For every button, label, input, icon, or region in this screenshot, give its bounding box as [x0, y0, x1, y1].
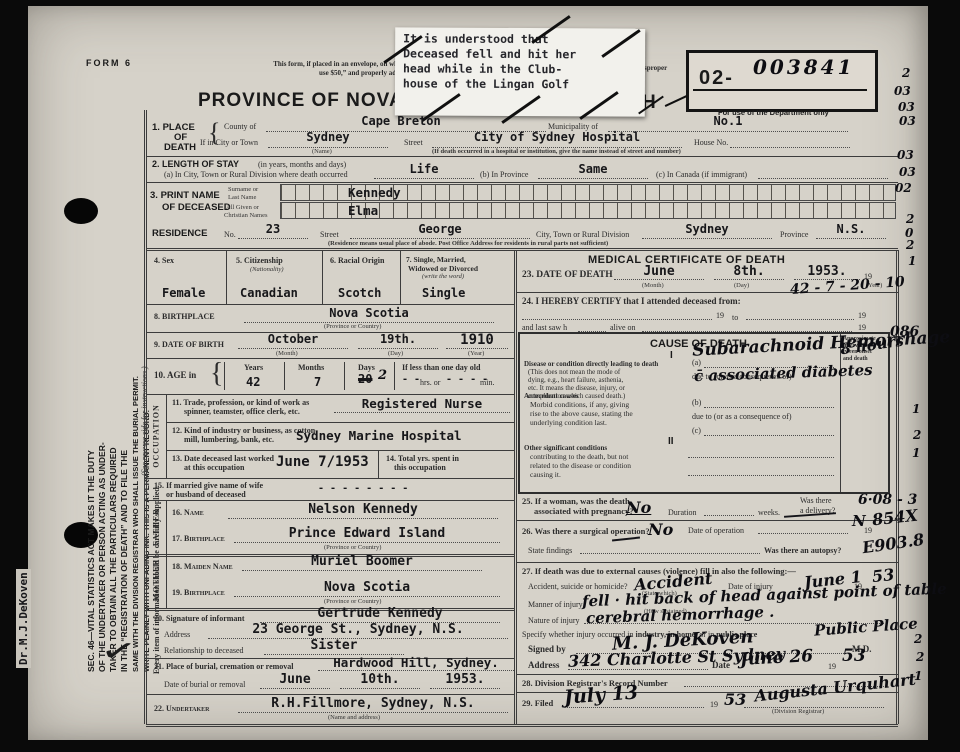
age-min-label: min.	[480, 378, 494, 387]
brace: {	[210, 358, 223, 390]
aliveon-label: alive on	[610, 323, 636, 332]
racial-origin-value: Scotch	[338, 286, 381, 300]
citizenship-sub: (Nationality)	[250, 266, 284, 273]
burial-place-value: Hardwood Hill, Sydney.	[318, 655, 514, 671]
md-19: 19	[828, 662, 836, 671]
margin-number: 2	[913, 428, 921, 442]
cause-b-label: (b)	[692, 398, 701, 407]
s2-paren: (in years, months and days)	[258, 160, 346, 169]
occupation-side-label: OCCUPATION	[152, 404, 161, 467]
cell-rule	[322, 250, 323, 304]
dod-month: June	[614, 264, 704, 280]
informant-address-label: Address	[164, 630, 190, 639]
notice-line: SEC. 46—VITAL STATISTICS ACT MAKES IT TH…	[86, 357, 97, 672]
age-years-value: 42	[246, 375, 260, 389]
margin-number: 1	[912, 402, 920, 416]
margin-code-854x: 854X	[871, 506, 919, 530]
dotted	[688, 474, 834, 476]
age-less-label: If less than one day old	[402, 363, 480, 372]
dotted	[522, 318, 712, 320]
trade-value: Registered Nurse	[334, 396, 510, 413]
given-label: All Given or	[226, 204, 259, 211]
undertaker-label: 22. Undertaker	[154, 704, 209, 713]
dotted	[758, 532, 848, 534]
mother-birthplace-sub: (Province or Country)	[324, 598, 381, 605]
dob-month: October	[238, 332, 348, 349]
spouse-value: - - - - - - - -	[318, 483, 408, 494]
margin-number: 1	[912, 446, 920, 460]
margin-number: 2	[914, 632, 922, 646]
father-birthplace-value: Prince Edward Island	[234, 526, 500, 543]
s2c-label: (c) In Canada (if immigrant)	[656, 170, 747, 179]
cell-rule	[344, 362, 345, 390]
mother-birthplace-value: Nova Scotia	[234, 580, 500, 597]
spouse-label1: 15. If married give name of wife	[154, 481, 263, 490]
rule	[146, 478, 514, 479]
s2c-field	[758, 177, 888, 179]
md-date-value: June 26	[740, 646, 814, 670]
rule	[166, 422, 514, 423]
filed-19: 19	[710, 700, 718, 709]
lastworked-label2: at this occupation	[184, 463, 244, 472]
dotted	[704, 514, 754, 516]
res-street-label: Street	[320, 230, 339, 239]
s2a-field: Life	[374, 162, 474, 179]
age-years-label: Years	[244, 363, 263, 372]
cell-rule	[224, 362, 225, 390]
notice-line: IN THE “REGISTRATION OF DEATH” AND TO FI…	[119, 357, 130, 672]
rule	[516, 562, 898, 563]
burial-place-label: 21. Place of burial, cremation or remova…	[154, 662, 294, 671]
margin-number: 03	[899, 165, 916, 179]
dotted	[704, 434, 834, 436]
dotted	[746, 318, 854, 320]
certificate-paper: FORM 6 SEC. 46—VITAL STATISTICS ACT MAKE…	[28, 6, 928, 740]
age-days-struck: 20	[358, 372, 372, 386]
signed-by-label: Signed by	[528, 644, 566, 654]
cell-rule	[226, 250, 227, 304]
street-label: Street	[404, 138, 423, 147]
dob-year-sub: (Year)	[468, 350, 484, 357]
certify-19c: 19	[858, 323, 866, 332]
nature-label: Nature of injury	[528, 616, 580, 625]
column-divider	[514, 250, 517, 724]
racial-origin-label: 6. Racial Origin	[330, 256, 384, 265]
dob-year: 1910	[446, 332, 508, 349]
md-date-label: Date	[712, 660, 730, 670]
lastworked-value: June 7/1953	[276, 454, 369, 470]
res-no-label: No.	[224, 230, 236, 239]
margin-number: 2	[902, 66, 910, 80]
cell-rule	[378, 450, 379, 478]
s2a-label: (a) In City, Town or Rural Division wher…	[164, 170, 348, 179]
antecedent-label: Antecedent causes	[524, 392, 579, 400]
scanned-death-certificate-photo: FORM 6 SEC. 46—VITAL STATISTICS ACT MAKE…	[0, 0, 960, 752]
cause-c-label: (c)	[692, 426, 701, 435]
surname-value: Kennedy	[348, 185, 401, 200]
sex-label: 4. Sex	[154, 256, 174, 265]
pen-tick	[665, 95, 688, 107]
citizenship-label: 5. Citizenship	[236, 256, 283, 265]
name-sub: (Name)	[312, 148, 332, 155]
rule	[146, 394, 514, 395]
age-months-value: 7	[314, 375, 321, 389]
given-value: Elma	[348, 203, 378, 218]
md-address-label: Address	[528, 660, 559, 670]
res-no-field: 23	[238, 222, 308, 239]
dob-day-sub: (Day)	[388, 350, 403, 357]
cell-rule	[166, 394, 167, 478]
rule	[146, 156, 898, 157]
cell-rule	[394, 362, 395, 390]
burial-month: June	[260, 672, 330, 689]
margin-number: 1	[908, 254, 916, 268]
margin-number: 03	[899, 114, 916, 128]
antecedent-sublabel: Morbid conditions, if any, giving rise t…	[530, 400, 633, 427]
house-no-label: House No.	[694, 138, 728, 147]
rule	[146, 304, 514, 305]
mother-name-value: Muriel Boomer	[242, 554, 482, 571]
margin-number: 03	[898, 100, 915, 114]
dod-day-sub: (Day)	[734, 282, 749, 289]
pregnancy-label1: 25. If a woman, was the death	[522, 496, 630, 506]
punch-hole-top	[64, 198, 98, 224]
certify-19a: 19	[716, 311, 724, 320]
autopsy-label: Was there an autopsy?	[764, 546, 841, 555]
age-days-label: Days	[358, 363, 375, 372]
burial-year: 1953.	[430, 672, 500, 689]
other-sublabel: contributing to the death, but not relat…	[530, 452, 631, 479]
weeks-label: weeks.	[758, 508, 780, 517]
rule	[146, 182, 898, 183]
s3-title2: OF DECEASED	[162, 202, 231, 213]
cell-rule	[166, 554, 167, 608]
trade-label2: spinner, teamster, office clerk, etc.	[184, 407, 300, 416]
margin-number: 2	[906, 212, 914, 226]
s2b-label: (b) In Province	[480, 170, 528, 179]
cause-due2-label: due to (or as a consequence of)	[692, 412, 792, 421]
specify-value: Public Place	[813, 614, 918, 639]
right-rule	[896, 250, 899, 724]
undertaker-value: R.H.Fillmore, Sydney, N.S.	[238, 696, 508, 713]
dept-prefix: 02-	[699, 67, 734, 90]
county-label: County of	[224, 122, 256, 131]
roman-II: II	[668, 436, 674, 447]
father-birthplace-label: 17. Birthplace	[172, 534, 225, 543]
margin-number: 02	[895, 181, 912, 195]
marital-value: Single	[422, 286, 465, 300]
filed-year-value: 53	[724, 690, 746, 709]
age-hrs-label: hrs. or	[420, 378, 440, 387]
dod-day: 8th.	[714, 264, 784, 280]
envelope-note: This form, if placed in an envelope, on …	[210, 60, 400, 78]
surname-label: Surname or	[228, 186, 258, 193]
certify-19b: 19	[858, 311, 866, 320]
mother-side-label: MOTHER	[152, 559, 161, 601]
rule	[146, 694, 514, 695]
rule	[516, 674, 898, 675]
disease-label: Disease or condition directly leading to…	[524, 360, 658, 368]
hand-stroke	[784, 512, 836, 518]
father-birthplace-sub: (Province or Country)	[324, 544, 381, 551]
other-label: Other significant conditions	[524, 444, 607, 452]
certify-label: 24. I HEREBY CERTIFY that I attended dec…	[522, 296, 741, 306]
birthplace-sub: (Province or Country)	[324, 323, 381, 330]
lastsaw-label: and last saw h	[522, 323, 567, 332]
dotted	[580, 552, 760, 554]
dob-label: 9. DATE OF BIRTH	[154, 340, 224, 349]
informant-address-value: 23 George St., Sydney, N.S.	[208, 622, 508, 639]
operation-19: 19	[864, 526, 872, 535]
delivery-label1: Was there	[800, 496, 832, 505]
street-field: City of Sydney Hospital	[432, 130, 682, 148]
margin-number: 2	[916, 650, 924, 664]
rule-heavy	[146, 248, 898, 251]
duration-label: Duration	[668, 508, 696, 517]
res-city-label: City, Town or Rural Division	[536, 230, 629, 239]
operation-label: 26. Was there a surgical operation?	[522, 526, 650, 536]
totalyrs-label1: 14. Total yrs. spent in	[386, 454, 459, 463]
pregnancy-value: No	[626, 498, 651, 517]
marital-sub: (write the word)	[422, 273, 464, 280]
father-name-value: Nelson Kennedy	[228, 502, 498, 519]
dept-box-line	[693, 89, 867, 91]
lastworked-label1: 13. Date deceased last worked	[172, 454, 274, 463]
margin-number: 03	[894, 84, 911, 98]
cell-rule	[400, 250, 401, 304]
department-number-box: 02- 003841	[686, 50, 878, 112]
res-city-field: Sydney	[642, 222, 772, 239]
margin-number: 1	[914, 669, 922, 683]
father-side-label: FATHER	[152, 508, 161, 546]
margin-number: 03	[897, 148, 914, 162]
s2b-field: Same	[538, 162, 648, 179]
burial-date-label: Date of burial or removal	[164, 680, 245, 689]
envelope-note-fragment: sproper	[644, 64, 667, 72]
dotted	[704, 406, 834, 408]
filed-label: 29. Filed	[522, 698, 553, 708]
totalyrs-label2: this occupation	[394, 463, 446, 472]
birthplace-label: 8. BIRTHPLACE	[154, 312, 215, 321]
doctor-name-stamp: Dr.M.J.DeKoven	[16, 569, 31, 668]
given-label2: Christian Names	[224, 212, 268, 219]
marital-label2: Widowed or Divorced	[408, 264, 478, 273]
spouse-label2: or husband of deceased	[166, 490, 246, 499]
margin-rule	[144, 110, 147, 724]
dod-month-sub: (Month)	[642, 282, 664, 289]
certify-to: to	[732, 313, 738, 322]
trade-label1: 11. Trade, profession, or kind of work a…	[172, 398, 309, 407]
rule	[146, 358, 514, 359]
margin-code-086: 086	[890, 324, 919, 340]
house-no-field	[730, 146, 850, 148]
manner-label: Manner of injury	[528, 600, 583, 609]
md-year-value: 53	[842, 646, 866, 666]
industry-label2: mill, lumbering, bank, etc.	[184, 435, 274, 444]
city-town-label: If in City or Town	[200, 138, 258, 147]
state-findings-label: State findings	[528, 546, 572, 555]
surname-label2: Last Name	[228, 194, 256, 201]
industry-value: Sydney Marine Hospital	[296, 428, 462, 443]
cell-rule	[284, 362, 285, 390]
dotted	[688, 456, 834, 458]
dept-number: 003841	[753, 55, 855, 79]
rule	[166, 450, 514, 451]
pregnancy-label2: associated with pregnancy?	[534, 506, 634, 516]
operation-date-label: Date of operation	[688, 526, 744, 535]
city-field: Sydney	[268, 130, 388, 148]
rule	[516, 520, 898, 521]
margin-number: 2	[906, 238, 914, 252]
mother-name-label: 18. Maiden Name	[172, 562, 233, 571]
pasted-typed-note: It is understood that Deceased fell and …	[395, 27, 645, 116]
relationship-value: Sister	[264, 638, 404, 655]
rule-bottom	[146, 724, 898, 727]
sex-value: Female	[162, 286, 205, 300]
dob-month-sub: (Month)	[276, 350, 298, 357]
age-label: 10. AGE in	[154, 370, 196, 380]
checkmark: ✓	[98, 632, 139, 671]
notice-line: OF THE UNDERTAKER OR PERSON ACTING AS UN…	[97, 357, 108, 672]
form-number: FORM 6	[86, 58, 132, 68]
marital-label1: 7. Single, Married,	[406, 255, 466, 264]
roman-I: I	[670, 350, 673, 361]
accident-label: Accident, suicide or homicide?	[528, 582, 628, 591]
s1-title-death: DEATH	[164, 142, 196, 153]
citizenship-value: Canadian	[240, 286, 298, 300]
filed-date-value: July 13	[563, 681, 638, 708]
mother-birthplace-label: 19. Birthplace	[172, 588, 225, 597]
informant-value: Gertrude Kennedy	[260, 606, 500, 623]
age-hrs-value: - -	[402, 374, 420, 385]
dotted	[564, 706, 704, 708]
residence-sub: (Residence means usual place of abode. P…	[328, 240, 608, 247]
age-months-label: Months	[298, 363, 324, 372]
res-prov-label: Province	[780, 230, 808, 239]
notice-line: TAKER TO OBTAIN ALL THE PARTICULARS REQU…	[108, 357, 119, 672]
res-prov-field: N.S.	[816, 222, 886, 239]
burial-day: 10th.	[340, 672, 420, 689]
cell-rule	[166, 500, 167, 554]
rule	[146, 500, 514, 501]
dob-day: 19th.	[358, 332, 438, 349]
res-street-field: George	[350, 222, 530, 239]
age-days-hand: 2	[378, 368, 387, 383]
hospital-sub: (If death occurred in a hospital or inst…	[432, 148, 681, 155]
birthplace-field: Nova Scotia	[244, 306, 494, 323]
operation-value: No	[648, 520, 673, 539]
division-registrar-sub: (Division Registrar)	[772, 708, 824, 715]
residence-title: RESIDENCE	[152, 228, 207, 239]
hand-stroke	[612, 537, 640, 542]
undertaker-sub: (Name and address)	[328, 714, 380, 721]
relationship-label: Relationship to deceased	[164, 646, 244, 655]
dod-label: 23. DATE OF DEATH	[522, 270, 613, 280]
father-name-label: 16. Name	[172, 508, 204, 517]
